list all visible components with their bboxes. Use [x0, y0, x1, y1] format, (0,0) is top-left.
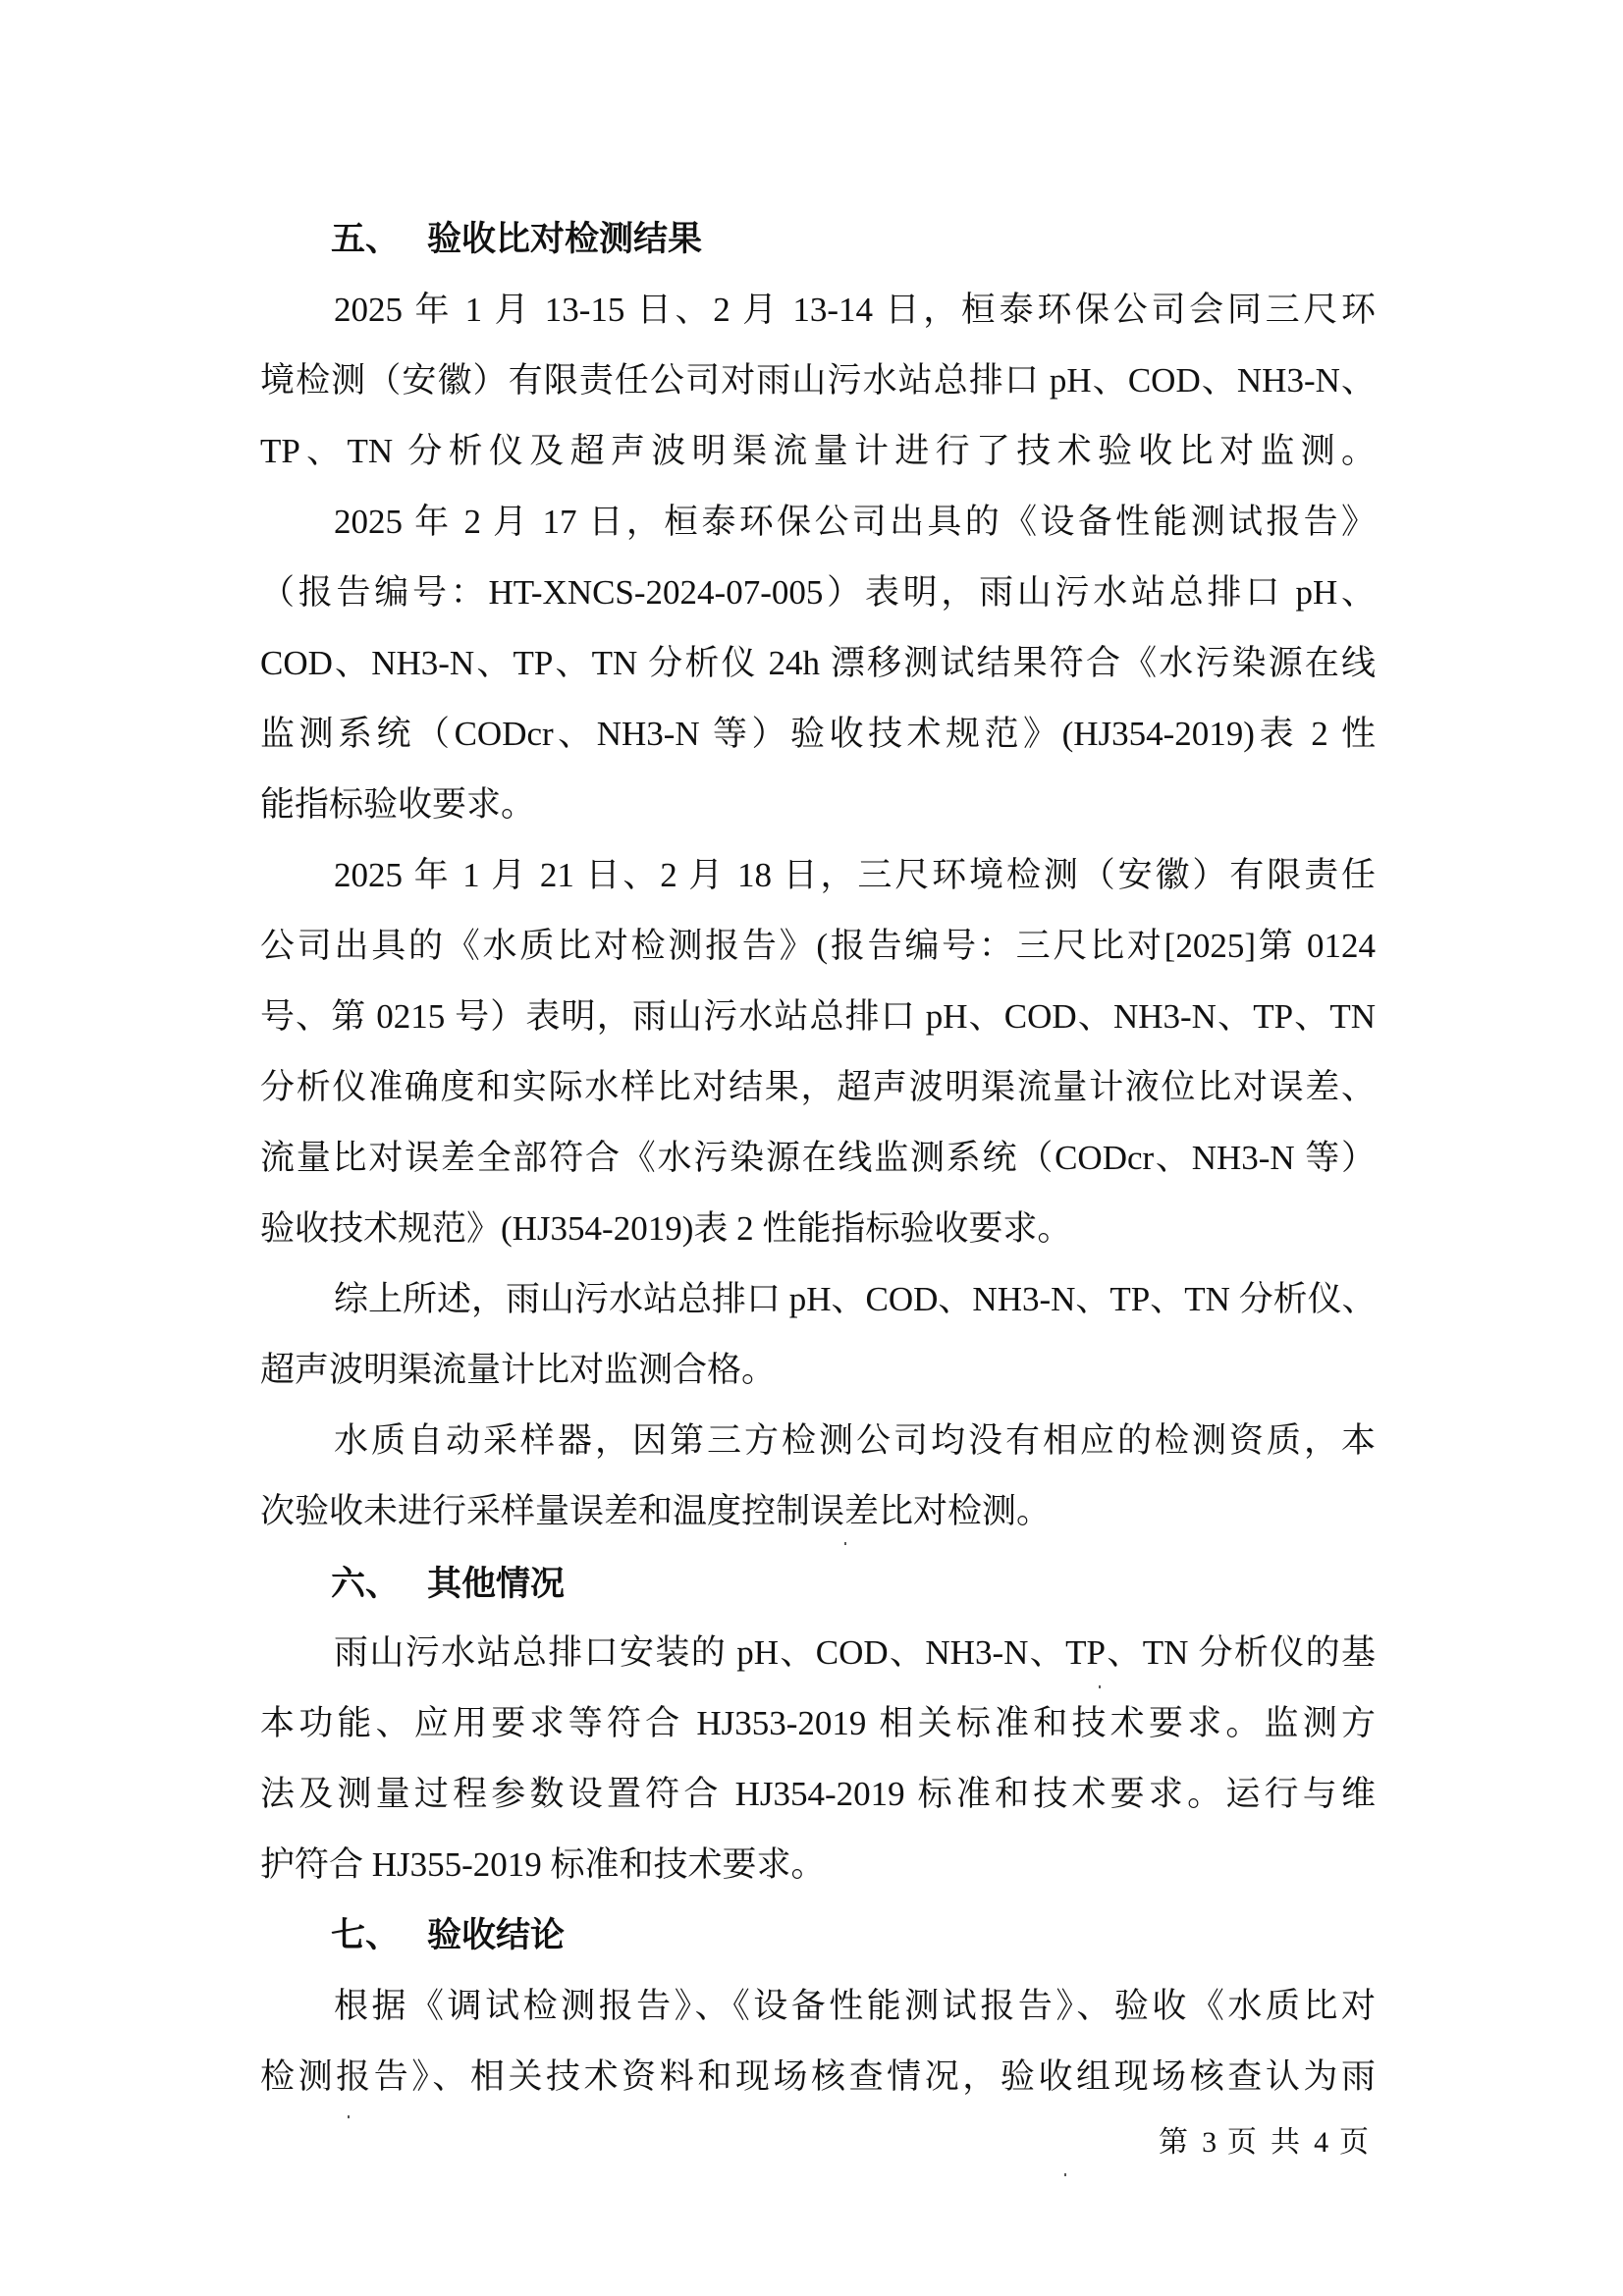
paragraph-line: 护符合 HJ355-2019 标准和技术要求。 — [260, 1830, 826, 1900]
paragraph-line: 号、第 0215 号）表明，雨山污水站总排口 pH、COD、NH3-N、TP、T… — [260, 982, 1376, 1052]
paragraph-line: 境检测（安徽）有限责任公司对雨山污水站总排口 pH、COD、NH3-N、 — [260, 346, 1376, 416]
scan-speck — [1099, 1685, 1101, 1688]
section-heading-6: 六、其他情况 — [331, 1549, 565, 1620]
paragraph-line: 流量比对误差全部符合《水污染源在线监测系统（CODcr、NH3-N 等） — [260, 1123, 1376, 1194]
paragraph-line: 法及测量过程参数设置符合 HJ354-2019 标准和技术要求。运行与维 — [260, 1759, 1376, 1830]
paragraph-line: 本功能、应用要求等符合 HJ353-2019 相关标准和技术要求。监测方 — [260, 1688, 1376, 1759]
paragraph-line: 监测系统（CODcr、NH3-N 等）验收技术规范》(HJ354-2019)表 … — [260, 699, 1376, 770]
section-number: 六、 — [331, 1549, 427, 1620]
document-page: 五、验收比对检测结果 2025 年 1 月 13-15 日、2 月 13-14 … — [0, 0, 1623, 2296]
paragraph-line: 综上所述，雨山污水站总排口 pH、COD、NH3-N、TP、TN 分析仪、 — [334, 1264, 1376, 1335]
section-title: 验收比对检测结果 — [427, 220, 702, 258]
paragraph-line: COD、NH3-N、TP、TN 分析仪 24h 漂移测试结果符合《水污染源在线 — [260, 628, 1376, 699]
paragraph-line: 2025 年 1 月 21 日、2 月 18 日，三尺环境检测（安徽）有限责任 — [334, 840, 1376, 911]
section-number: 七、 — [331, 1900, 427, 1971]
paragraph-line: 次验收未进行采样量误差和温度控制误差比对检测。 — [260, 1476, 1051, 1547]
paragraph-line: 根据《调试检测报告》、《设备性能测试报告》、验收《水质比对 — [334, 1971, 1376, 2042]
section-title: 其他情况 — [427, 1565, 565, 1603]
scan-speck — [844, 1542, 846, 1545]
section-heading-5: 五、验收比对检测结果 — [331, 204, 702, 275]
paragraph-line: 2025 年 2 月 17 日，桓泰环保公司出具的《设备性能测试报告》 — [334, 487, 1376, 558]
paragraph-line: 公司出具的《水质比对检测报告》(报告编号：三尺比对[2025]第 0124 — [260, 911, 1376, 982]
paragraph-line: 雨山污水站总排口安装的 pH、COD、NH3-N、TP、TN 分析仪的基 — [334, 1618, 1376, 1688]
page-number-footer: 第 3 页 共 4 页 — [1159, 2122, 1369, 2163]
scan-speck — [1064, 2173, 1066, 2176]
scan-speck — [348, 2115, 350, 2118]
paragraph-line: TP、TN 分析仪及超声波明渠流量计进行了技术验收比对监测。 — [260, 416, 1376, 487]
section-heading-7: 七、验收结论 — [331, 1900, 565, 1971]
paragraph-line: 检测报告》、相关技术资料和现场核查情况，验收组现场核查认为雨 — [260, 2042, 1376, 2112]
paragraph-line: 水质自动采样器，因第三方检测公司均没有相应的检测资质，本 — [334, 1406, 1376, 1476]
paragraph-line: 验收技术规范》(HJ354-2019)表 2 性能指标验收要求。 — [260, 1194, 1071, 1264]
paragraph-line: （报告编号：HT-XNCS-2024-07-005）表明，雨山污水站总排口 pH… — [260, 558, 1376, 628]
paragraph-line: 超声波明渠流量计比对监测合格。 — [260, 1335, 776, 1406]
paragraph-line: 能指标验收要求。 — [260, 770, 535, 840]
section-number: 五、 — [331, 204, 427, 275]
paragraph-line: 2025 年 1 月 13-15 日、2 月 13-14 日，桓泰环保公司会同三… — [334, 275, 1376, 346]
paragraph-line: 分析仪准确度和实际水样比对结果，超声波明渠流量计液位比对误差、 — [260, 1052, 1376, 1123]
section-title: 验收结论 — [427, 1916, 565, 1954]
